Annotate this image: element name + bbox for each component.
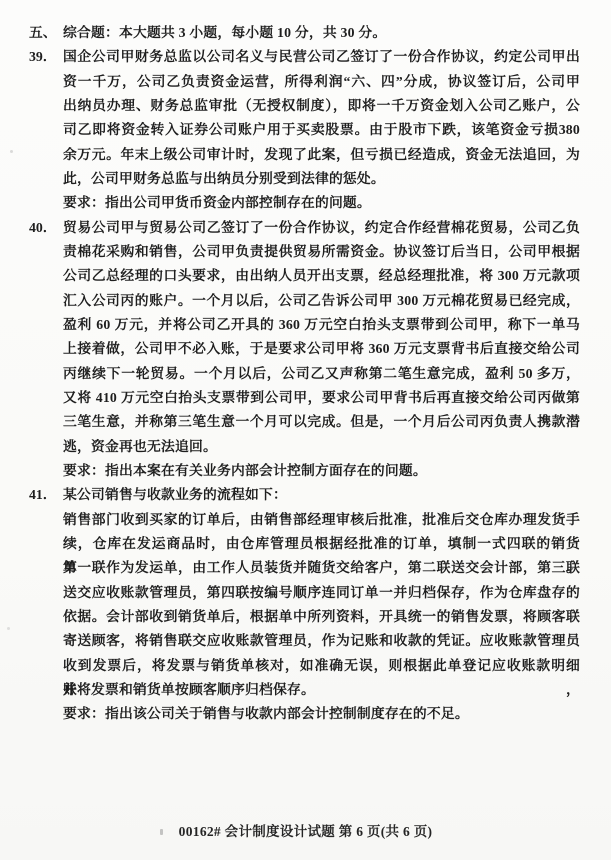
exam-page: 五、 综合题：本大题共 3 小题，每小题 10 分，共 30 分。 39． 国企… — [0, 0, 611, 860]
question-line: 汇入公司丙的账户。一个月以后，公司乙告诉公司甲 300 万元棉花贸易已经完成， — [63, 289, 580, 313]
question-line: 第一联作为发运单，由工作人员装货并随货交给客户，第二联送交会计部，第三联 — [63, 556, 580, 580]
section-header-row: 五、 综合题：本大题共 3 小题，每小题 10 分，共 30 分。 — [63, 21, 580, 45]
question-line: 收到发票后，将发票与销货单核对，如准确无误，则根据此单登记应收账款明细账， — [63, 654, 580, 678]
question-line: 丙继续下一轮贸易。一个月以后，公司乙又声称第二笔生意完成，盈利 50 多万， — [63, 362, 580, 386]
question-line: 国企公司甲财务总监以公司名义与民营公司乙签订了一份合作协议，约定公司甲出 — [63, 45, 580, 69]
question-number: 40． — [29, 216, 63, 240]
question-line: 出纳员办理、财务总监审批（无授权制度），即将一千万资金划入公司乙账户，公 — [63, 94, 580, 118]
flow-intro-line: 某公司销售与收款业务的流程如下： — [63, 483, 580, 507]
question-line: 续，仓库在发运商品时，由仓库管理员根据经批准的订单，填制一式四联的销货单。 — [63, 532, 580, 556]
question-number: 41． — [29, 483, 63, 507]
question-line: 逃，资金再也无法追回。 — [63, 435, 580, 459]
requirement-line: 要求：指出该公司关于销售与收款内部会计控制制度存在的不足。 — [63, 702, 580, 726]
question-number: 39． — [29, 45, 63, 69]
page-footer: 00162# 会计制度设计试题 第 6 页(共 6 页) — [0, 823, 611, 841]
requirement-line: 要求：指出公司甲货币资金内部控制存在的问题。 — [63, 191, 580, 215]
question-line: 依据。会计部收到销货单后，根据单中所列资料，开具统一的销售发票，将顾客联 — [63, 605, 580, 629]
question-line: 责棉花采购和销售，公司甲负责提供贸易所需资金。协议签订后当日，公司甲根据 — [63, 240, 580, 264]
question-line: 销售部门收到买家的订单后，由销售部经理审核后批准，批准后交仓库办理发货手 — [63, 508, 580, 532]
question-line: 三笔生意，并称第三笔生意一个月可以完成。但是，一个月后公司丙负责人携款潜 — [63, 410, 580, 434]
question-41: 41． 某公司销售与收款业务的流程如下： 销售部门收到买家的订单后，由销售部经理… — [63, 483, 580, 726]
question-40: 40． 贸易公司甲与贸易公司乙签订了一份合作协议，约定合作经营棉花贸易，公司乙负… — [63, 216, 580, 484]
scan-speck — [7, 627, 10, 630]
question-line: 资一千万，公司乙负责资金运营，所得利润“六、四”分成，协议签订后，公司甲 — [63, 70, 580, 94]
section-number: 五、 — [29, 21, 63, 45]
question-line: 司乙即将资金转入证券公司账户用于买卖股票。由于股市下跌，该笔资金亏损380 — [63, 118, 580, 142]
question-line: 上接着做，公司甲不必入账，于是要求公司甲将 360 万元支票背书后直接交给公司 — [63, 337, 580, 361]
scan-speck — [10, 150, 13, 153]
question-line: 贸易公司甲与贸易公司乙签订了一份合作协议，约定合作经营棉花贸易，公司乙负 — [63, 216, 580, 240]
question-line: 公司乙总经理的口头要求，由出纳人员开出支票，经总经理批准，将 300 万元款项 — [63, 264, 580, 288]
section-header-text: 综合题：本大题共 3 小题，每小题 10 分，共 30 分。 — [63, 21, 580, 45]
question-line: 又将 410 万元空白抬头支票带到公司甲，要求公司甲背书后再直接交给公司丙做第 — [63, 386, 580, 410]
question-line: 寄送顾客，将销售联交应收账款管理员，作为记账和收款的凭证。应收账款管理员 — [63, 629, 580, 653]
requirement-line: 要求：指出本案在有关业务内部会计控制方面存在的问题。 — [63, 459, 580, 483]
question-line: 盈利 60 万元，并将公司乙开具的 360 万元空白抬头支票带到公司甲，称下一单… — [63, 313, 580, 337]
question-line: 余万元。年末上级公司审计时，发现了此案，但亏损已经造成，资金无法追回，为 — [63, 143, 580, 167]
question-line: 送交应收账款管理员，第四联按编号顺序连同订单一并归档保存，作为仓库盘存的 — [63, 581, 580, 605]
scan-speck — [160, 829, 163, 835]
page-content: 五、 综合题：本大题共 3 小题，每小题 10 分，共 30 分。 39． 国企… — [63, 21, 580, 727]
question-39: 39． 国企公司甲财务总监以公司名义与民营公司乙签订了一份合作协议，约定公司甲出… — [63, 45, 580, 215]
question-line: 此，公司甲财务总监与出纳员分别受到法律的惩处。 — [63, 167, 580, 191]
